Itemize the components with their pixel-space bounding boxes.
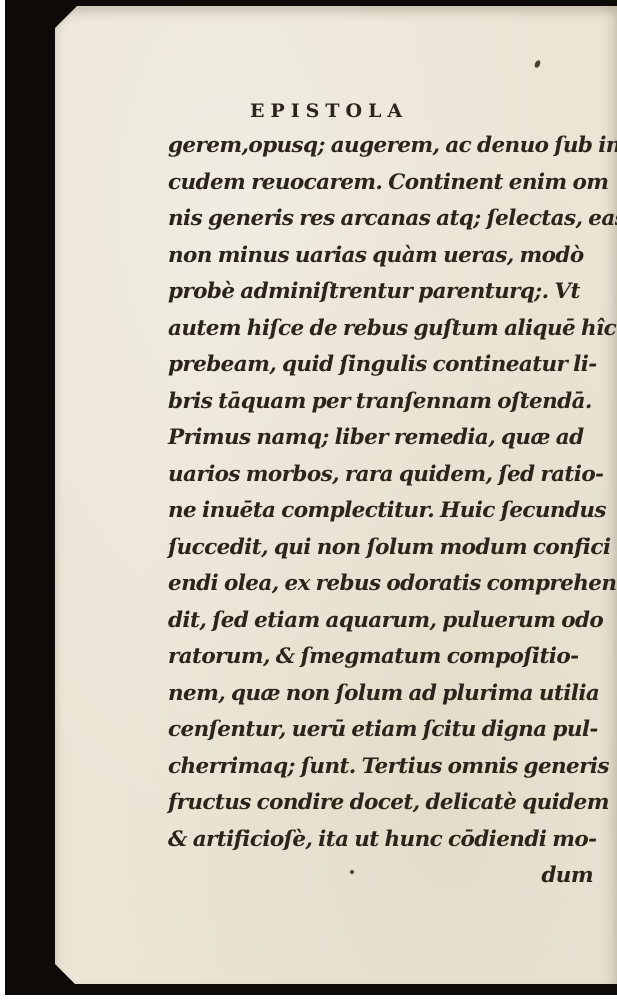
text-line: cherrimaq; ſunt. Tertius omnis generis	[168, 749, 593, 786]
scan-frame: EPISTOLA gerem,opusq; augerem, ac denuo …	[0, 0, 617, 1000]
text-line: non minus uarias quàm ueras, modò	[168, 238, 593, 275]
text-line: & artificioſè, ita ut hunc cōdiendi mo-	[168, 822, 593, 859]
text-line: nem, quæ non ſolum ad plurima utilia	[168, 676, 593, 713]
text-line: cudem reuocarem. Continent enim om	[168, 165, 593, 202]
running-head: EPISTOLA	[250, 100, 408, 122]
text-line: Primus namq; liber remedia, quæ ad	[168, 420, 593, 457]
text-line: nis generis res arcanas atq; ſelectas, e…	[168, 201, 593, 238]
text-line: endi olea, ex rebus odoratis comprehen	[168, 566, 593, 603]
body-text: gerem,opusq; augerem, ac denuo ſub in cu…	[168, 128, 593, 895]
text-line: ne inuēta complectitur. Huic ſecundus	[168, 493, 593, 530]
text-line: ſuccedit, qui non ſolum modum confici	[168, 530, 593, 567]
text-line: cenſentur, uerū etiam ſcitu digna pul-	[168, 712, 593, 749]
text-line: ratorum, & ſmegmatum compoſitio-	[168, 639, 593, 676]
text-line: uarios morbos, rara quidem, ſed ratio-	[168, 457, 593, 494]
text-line: gerem,opusq; augerem, ac denuo ſub in	[168, 128, 593, 165]
text-line: bris tāquam per tranſennam oſtendā.	[168, 384, 593, 421]
text-line: probè adminiſtrentur parenturq;. Vt	[168, 274, 593, 311]
text-line: fructus condire docet, delicatè quidem	[168, 785, 593, 822]
ink-speck	[534, 59, 542, 68]
catchword: dum	[168, 858, 593, 895]
text-line: dit, ſed etiam aquarum, puluerum odo	[168, 603, 593, 640]
text-line: autem hiſce de rebus guſtum aliquē hîc	[168, 311, 593, 348]
text-line: prebeam, quid ſingulis contineatur li-	[168, 347, 593, 384]
